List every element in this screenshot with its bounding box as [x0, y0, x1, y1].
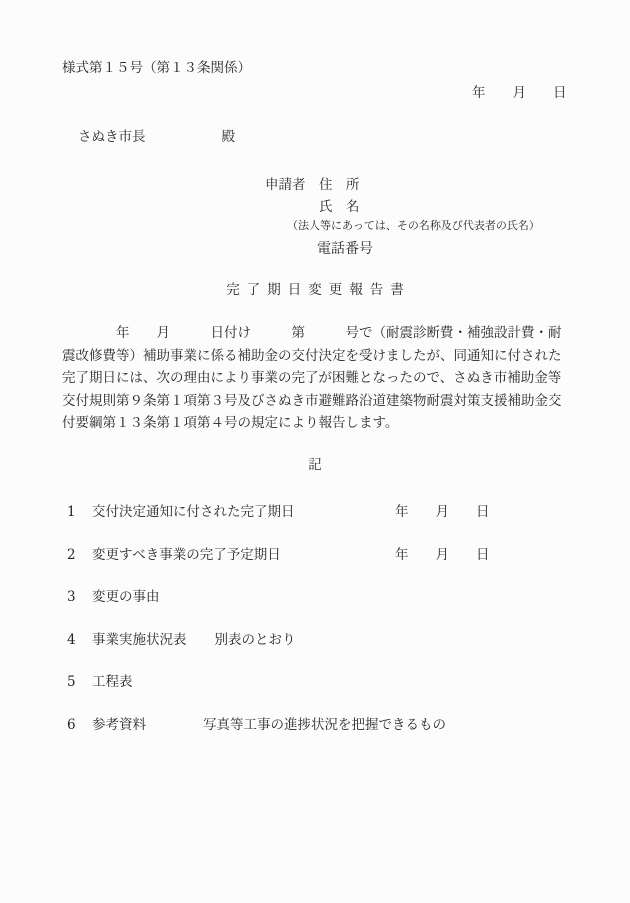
item-date-blanks: 年 月 日	[395, 545, 490, 565]
report-form-page: 様式第１５号（第１３条関係） 年 月 日 さぬき市長 殿 申請者 住 所 氏 名…	[0, 0, 630, 903]
item-label: 工程表	[92, 672, 133, 692]
applicant-block: 申請者 住 所 氏 名 （法人等にあっては、その名称及び代表者の氏名） 電話番号	[265, 176, 540, 258]
list-item-change-reason: 3 変更の事由	[62, 587, 602, 607]
list-item-completion-date: 1 交付決定通知に付された完了期日 年 月 日	[62, 502, 602, 522]
body-paragraph: 年 月 日付け 第 号で（耐震診断費・補強設計費・耐 震改修費等）補助事業に係る…	[62, 322, 574, 435]
record-marker: 記	[0, 455, 630, 475]
item-label: 事業実施状況表	[92, 630, 187, 650]
form-number: 様式第１５号（第１３条関係）	[62, 59, 251, 77]
item-number: 5	[62, 672, 92, 692]
item-number: 6	[62, 715, 92, 735]
applicant-address-label: 申請者 住 所	[265, 176, 540, 194]
item-note: 写真等工事の進捗状況を把握できるもの	[203, 715, 446, 735]
addressee-name: さぬき市長	[78, 128, 146, 146]
addressee-line: さぬき市長 殿	[78, 128, 235, 146]
item-label: 交付決定通知に付された完了期日	[92, 502, 295, 522]
item-label: 参考資料	[92, 715, 146, 735]
addressee-spacer	[146, 128, 222, 146]
item-number: 4	[62, 630, 92, 650]
list-item-status-table: 4 事業実施状況表 別表のとおり	[62, 630, 602, 650]
item-note-spacer	[146, 715, 203, 735]
applicant-name-label: 氏 名	[319, 198, 540, 216]
item-label: 変更すべき事業の完了予定期日	[92, 545, 281, 565]
item-number: 1	[62, 502, 92, 522]
addressee-honorific: 殿	[222, 128, 236, 146]
item-note-spacer	[187, 630, 215, 650]
list-item-schedule: 5 工程表	[62, 672, 602, 692]
list-item-revised-date: 2 変更すべき事業の完了予定期日 年 月 日	[62, 545, 602, 565]
applicant-phone-label: 電話番号	[317, 240, 540, 258]
item-note: 別表のとおり	[215, 630, 296, 650]
report-date-line: 年 月 日	[472, 84, 567, 102]
item-date-blanks: 年 月 日	[395, 502, 490, 522]
list-item-reference-material: 6 参考資料 写真等工事の進捗状況を把握できるもの	[62, 715, 602, 735]
document-title: 完了期日変更報告書	[0, 280, 630, 300]
item-number: 3	[62, 587, 92, 607]
applicant-corporate-note: （法人等にあっては、その名称及び代表者の氏名）	[287, 219, 540, 233]
item-label: 変更の事由	[92, 587, 160, 607]
item-number: 2	[62, 545, 92, 565]
item-list: 1 交付決定通知に付された完了期日 年 月 日 2 変更すべき事業の完了予定期日…	[62, 502, 602, 758]
